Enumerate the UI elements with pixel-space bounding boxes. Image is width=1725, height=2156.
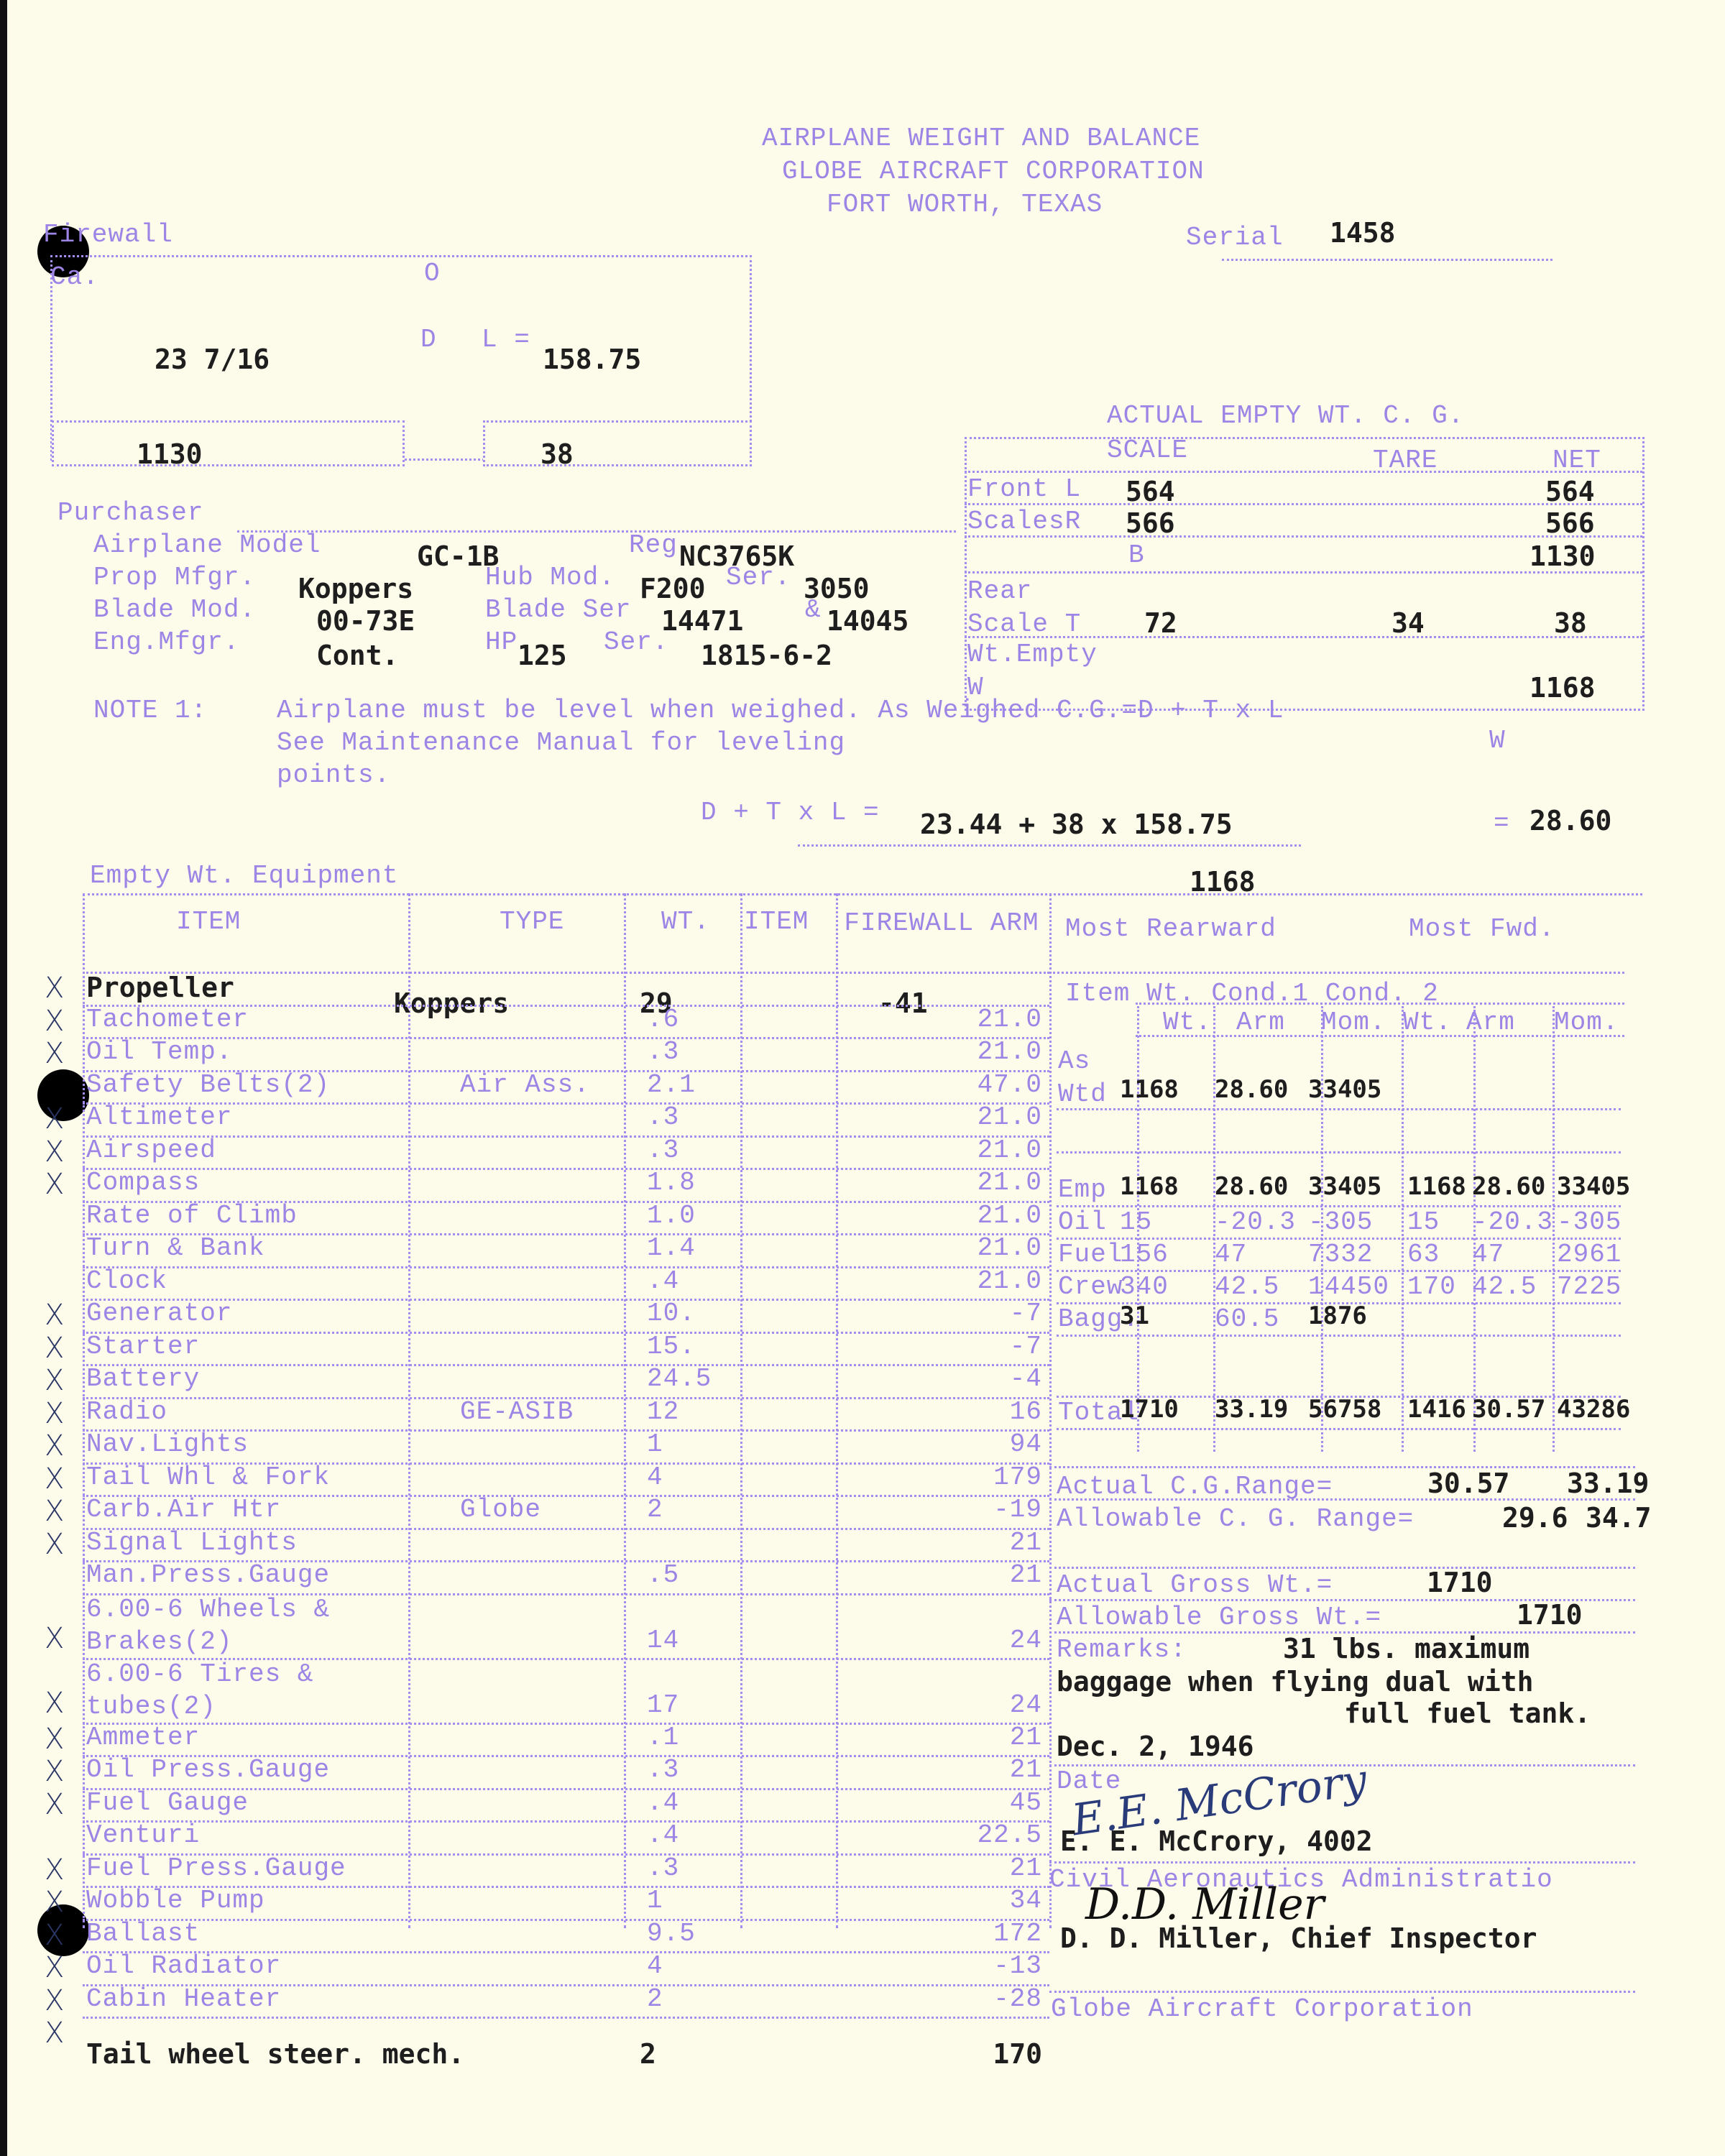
equipment-firewall-arm: -19	[970, 1495, 1042, 1524]
loading-cell-c1-arm: 28.60	[1215, 1075, 1288, 1104]
equipment-item: Clock	[86, 1266, 167, 1296]
loading-cell-c1-arm: -20.3	[1215, 1207, 1296, 1237]
loading-row-label: Fuel	[1058, 1240, 1123, 1269]
equipment-weight: 9.5	[647, 1919, 696, 1948]
note-w-label: W	[1489, 726, 1506, 755]
loading-cell-c2-arm: 47	[1472, 1240, 1504, 1269]
equipment-firewall-arm: 21	[970, 1755, 1042, 1784]
equipment-firewall-arm: 21.0	[970, 1005, 1042, 1034]
item2-header: ITEM	[744, 907, 809, 936]
firewall-arm-header: FIREWALL ARM	[841, 907, 1042, 940]
loading-cell-c2-wt: 170	[1407, 1272, 1456, 1302]
check-mark-icon: X	[45, 1462, 64, 1496]
hp-label: HP	[485, 627, 517, 657]
equipment-weight: 2	[647, 1495, 663, 1524]
equipment-item: 6.00-6 Tires & tubes(2)	[86, 1658, 402, 1723]
equipment-type: Koppers	[394, 987, 509, 1019]
equipment-firewall-arm: -13	[970, 1951, 1042, 1981]
loading-cell-c1-wt: 1710	[1120, 1395, 1179, 1424]
formula-expression: 23.44 + 38 x 158.75	[920, 808, 1233, 840]
loading-cell-c1-arm: 33.19	[1215, 1395, 1288, 1424]
equipment-weight: 10.	[647, 1299, 696, 1328]
loading-cell-c2-arm: 30.57	[1472, 1395, 1545, 1424]
loading-column-header: Mom.	[1554, 1008, 1619, 1037]
equipment-weight: 4	[647, 1462, 663, 1492]
equipment-weight: .3	[647, 1853, 679, 1883]
remarks-line-3: full fuel tank.	[1344, 1697, 1591, 1729]
eng-ser-label: Ser.	[604, 627, 668, 657]
scales-r-net: 566	[1545, 507, 1595, 539]
blade-ser-ampersand: &	[805, 595, 822, 625]
loading-cell-c1-arm: 42.5	[1215, 1272, 1279, 1302]
check-mark-icon: X	[45, 1723, 64, 1756]
equipment-item: Venturi	[86, 1820, 200, 1850]
equipment-type: Globe	[460, 1495, 541, 1524]
allowable-cg-range-min: 29.6	[1502, 1502, 1568, 1534]
equipment-weight: 1	[647, 1886, 663, 1915]
formula-result: 28.60	[1529, 805, 1611, 837]
equipment-firewall-arm: -7	[970, 1332, 1042, 1361]
serial-value: 1458	[1330, 217, 1396, 249]
allowable-cg-range-label: Allowable C. G. Range=	[1057, 1504, 1414, 1534]
equipment-firewall-arm: 94	[970, 1429, 1042, 1459]
loading-row-label: Crew	[1058, 1272, 1123, 1302]
loading-column-header: Arm	[1236, 1008, 1285, 1037]
equipment-item: Altimeter	[86, 1102, 232, 1132]
loading-cell-c1-mom: 7332	[1308, 1240, 1373, 1269]
loading-cell-c2-mom: 33405	[1557, 1172, 1630, 1201]
b-label: B	[1128, 540, 1145, 570]
title-line-1: AIRPLANE WEIGHT AND BALANCE	[762, 124, 1200, 153]
equipment-weight: 14	[647, 1626, 679, 1655]
equipment-firewall-arm: 45	[970, 1788, 1042, 1818]
rear-scale-net: 38	[1554, 607, 1587, 639]
equipment-firewall-arm: 21.0	[970, 1168, 1042, 1197]
loading-cell-c2-mom: 43286	[1557, 1395, 1630, 1424]
title-line-2: GLOBE AIRCRAFT CORPORATION	[782, 157, 1205, 186]
equipment-firewall-arm: 22.5	[970, 1820, 1042, 1850]
equipment-weight: .3	[647, 1037, 679, 1067]
loading-cell-c1-mom: 56758	[1308, 1395, 1381, 1424]
check-mark-icon: X	[45, 1495, 64, 1528]
equipment-weight: .3	[647, 1102, 679, 1132]
d-value: 23 7/16	[155, 344, 270, 375]
loading-cell-c1-wt: 1168	[1120, 1075, 1179, 1104]
equipment-firewall-arm: -28	[970, 1984, 1042, 2014]
formula-label: D + T x L =	[701, 798, 880, 827]
equipment-weight: 1.8	[647, 1168, 696, 1197]
rear-scale-scale: 72	[1144, 607, 1177, 639]
equipment-weight: .4	[647, 1266, 679, 1296]
purchaser-label: Purchaser	[57, 498, 203, 528]
equipment-item: Starter	[86, 1332, 200, 1361]
equipment-firewall-arm: 21.0	[970, 1266, 1042, 1296]
equipment-firewall-arm: 170	[970, 2038, 1042, 2070]
equipment-firewall-arm: -4	[970, 1364, 1042, 1393]
equipment-item: Propeller	[86, 972, 234, 1003]
equipment-firewall-arm: 21.0	[970, 1233, 1042, 1263]
allowable-cg-range-max: 34.7	[1586, 1502, 1652, 1534]
loading-cell-c1-mom: 1876	[1308, 1302, 1367, 1330]
scales-r-scale: 566	[1126, 507, 1175, 539]
wt-empty-net: 1168	[1529, 672, 1596, 704]
loading-cell-c1-mom: -305	[1308, 1207, 1373, 1237]
rear-scale-tare: 34	[1391, 607, 1425, 639]
equipment-weight: 4	[647, 1951, 663, 1981]
loading-cell-c2-wt: 15	[1407, 1207, 1440, 1237]
actual-cg-range-label: Actual C.G.Range=	[1057, 1472, 1333, 1501]
l-label: L =	[482, 325, 530, 354]
equipment-weight: 15.	[647, 1332, 696, 1361]
airplane-model-label: Airplane Model	[93, 530, 321, 560]
hub-ser-label: Ser.	[726, 563, 791, 592]
equipment-firewall-arm: 179	[970, 1462, 1042, 1492]
b-net: 1130	[1529, 540, 1596, 572]
serial-label: Serial	[1186, 223, 1284, 252]
blade-mod-value: 00-73E	[316, 605, 415, 637]
check-mark-icon: X	[45, 1364, 64, 1397]
check-mark-icon: X	[45, 1788, 64, 1821]
most-fwd-header: Most Fwd.	[1409, 914, 1555, 944]
title-line-3: FORT WORTH, TEXAS	[827, 190, 1103, 219]
wt-empty-label: Wt.Empty W	[967, 638, 1111, 704]
equipment-item: Fuel Press.Gauge	[86, 1853, 346, 1883]
equipment-weight: .3	[647, 1135, 679, 1165]
equipment-firewall-arm: 21	[970, 1853, 1042, 1883]
reg-label: Reg	[629, 530, 678, 560]
equipment-item: Ammeter	[86, 1723, 200, 1752]
actual-cg-range-max: 33.19	[1567, 1468, 1649, 1499]
equipment-item: Tail Whl & Fork	[86, 1462, 330, 1492]
loading-column-header: Wt.	[1163, 1008, 1212, 1037]
equipment-firewall-arm: 21.0	[970, 1037, 1042, 1067]
equipment-firewall-arm: 21.0	[970, 1102, 1042, 1132]
equipment-weight: .6	[647, 1005, 679, 1034]
equipment-item: Cabin Heater	[86, 1984, 281, 2014]
loading-cell-c1-wt: 31	[1120, 1302, 1149, 1330]
actual-cg-range-min: 30.57	[1427, 1468, 1509, 1499]
equipment-firewall-arm: -41	[878, 987, 928, 1019]
equipment-item: Turn & Bank	[86, 1233, 265, 1263]
loading-cell-c1-arm: 47	[1215, 1240, 1247, 1269]
item-header: ITEM	[176, 907, 241, 936]
check-mark-icon: X	[45, 1755, 64, 1788]
eng-ser-value: 1815-6-2	[701, 640, 832, 671]
check-mark-icon: X	[45, 1429, 64, 1462]
signer-1-name: E. E. McCrory, 4002	[1060, 1825, 1373, 1857]
equipment-firewall-arm: -7	[970, 1299, 1042, 1328]
scan-edge	[0, 0, 7, 2156]
agency-globe: Globe Aircraft Corporation	[1051, 1994, 1473, 2024]
equipment-item: Safety Belts(2)	[86, 1070, 330, 1100]
loading-cell-c2-wt: 63	[1407, 1240, 1440, 1269]
hp-value: 125	[517, 640, 567, 671]
equipment-weight: .4	[647, 1820, 679, 1850]
loading-cell-c2-arm: -20.3	[1472, 1207, 1553, 1237]
check-mark-icon: X	[45, 1102, 64, 1135]
equipment-item: Fuel Gauge	[86, 1788, 249, 1818]
equipment-weight: .1	[647, 1723, 679, 1752]
equipment-item: Tail wheel steer. mech.	[86, 2038, 464, 2070]
equipment-item: Oil Radiator	[86, 1951, 281, 1981]
equipment-item: Man.Press.Gauge	[86, 1560, 330, 1590]
wt-header: WT.	[661, 907, 710, 936]
equipment-type: Air Ass.	[460, 1070, 590, 1100]
prop-mfgr-value: Koppers	[298, 573, 413, 604]
equipment-item: Radio	[86, 1397, 167, 1427]
equipment-item: Tachometer	[86, 1005, 249, 1034]
signer-2-name: D. D. Miller, Chief Inspector	[1060, 1922, 1537, 1954]
equipment-weight: 1	[647, 1429, 663, 1459]
rear-scale-label: Rear Scale T	[967, 575, 1111, 641]
loading-cell-c2-mom: -305	[1557, 1207, 1621, 1237]
equipment-item: Wobble Pump	[86, 1886, 265, 1915]
equipment-firewall-arm: 24	[970, 1626, 1042, 1655]
loading-row-label: As Wtd	[1058, 1045, 1130, 1111]
equipment-item: Rate of Climb	[86, 1201, 298, 1230]
check-mark-icon: X	[45, 1135, 64, 1169]
equipment-firewall-arm: 21.0	[970, 1135, 1042, 1165]
allowable-gross-label: Allowable Gross Wt.=	[1057, 1603, 1381, 1632]
check-mark-icon: X	[45, 1005, 64, 1038]
equipment-item: Carb.Air Htr	[86, 1495, 281, 1524]
note-line-1: Airplane must be level when weighed. As …	[277, 696, 1284, 725]
equipment-type: GE-ASIB	[460, 1397, 574, 1427]
equipment-firewall-arm: 21	[970, 1723, 1042, 1752]
equipment-weight: .4	[647, 1788, 679, 1818]
check-mark-icon: X	[45, 1687, 64, 1720]
empty-cg-title: ACTUAL EMPTY WT. C. G.	[1107, 401, 1464, 430]
loading-cell-c2-arm: 28.60	[1472, 1172, 1545, 1201]
t-value: 38	[540, 438, 574, 470]
remarks-line-1: 31 lbs. maximum	[1283, 1633, 1529, 1664]
equipment-firewall-arm: 21	[970, 1528, 1042, 1557]
equipment-title: Empty Wt. Equipment	[90, 861, 398, 890]
loading-cell-c2-wt: 1416	[1407, 1395, 1466, 1424]
loading-cell-c1-wt: 156	[1120, 1240, 1169, 1269]
equipment-weight: 1.4	[647, 1233, 696, 1263]
check-mark-icon: X	[45, 1299, 64, 1332]
date-value: Dec. 2, 1946	[1057, 1731, 1254, 1762]
equipment-firewall-arm: 21	[970, 1560, 1042, 1590]
actual-gross-value: 1710	[1427, 1567, 1493, 1598]
check-mark-icon: X	[45, 1984, 64, 2017]
type-header: TYPE	[500, 907, 564, 936]
loading-cell-c2-mom: 7225	[1557, 1272, 1621, 1302]
scale-header: SCALE	[1107, 436, 1188, 465]
loading-column-header: Mom.	[1321, 1008, 1386, 1037]
loading-cell-c2-arm: 42.5	[1472, 1272, 1537, 1302]
l-value: 158.75	[543, 344, 641, 375]
equipment-item: Battery	[86, 1364, 200, 1393]
remarks-label: Remarks:	[1057, 1635, 1187, 1664]
equipment-firewall-arm: 47.0	[970, 1070, 1042, 1100]
equipment-firewall-arm: 16	[970, 1397, 1042, 1427]
front-l-label: Front L	[967, 474, 1081, 504]
eng-mfgr-label: Eng.Mfgr.	[93, 627, 239, 657]
note-line-3: points.	[277, 760, 390, 790]
equipment-firewall-arm: 172	[970, 1919, 1042, 1948]
equipment-item: Airspeed	[86, 1135, 216, 1165]
check-mark-icon: X	[45, 2017, 64, 2050]
check-mark-icon: X	[45, 1622, 64, 1655]
allowable-gross-value: 1710	[1517, 1599, 1583, 1631]
loading-cell-c2-wt: 1168	[1407, 1172, 1466, 1201]
note-label: NOTE 1:	[93, 696, 207, 725]
equipment-weight: 2.1	[647, 1070, 696, 1100]
check-mark-icon: X	[45, 1919, 64, 1952]
check-mark-icon: X	[45, 1037, 64, 1070]
check-mark-icon: X	[45, 972, 64, 1005]
loading-cell-c1-wt: 15	[1120, 1207, 1152, 1237]
prop-mfgr-label: Prop Mfgr.	[93, 563, 256, 592]
check-mark-icon: X	[45, 1886, 64, 1919]
blade-ser-1-value: 14471	[661, 605, 743, 637]
eng-mfgr-value: Cont.	[316, 640, 398, 671]
equipment-weight: 2	[640, 2038, 656, 2070]
loading-cell-c1-mom: 33405	[1308, 1172, 1381, 1201]
equipment-item: Signal Lights	[86, 1528, 298, 1557]
equipment-weight: 24.5	[647, 1364, 712, 1393]
origin-label: O	[424, 259, 441, 288]
equipment-firewall-arm: 24	[970, 1690, 1042, 1720]
loading-cell-c1-arm: 28.60	[1215, 1172, 1288, 1201]
remarks-line-2: baggage when flying dual with	[1057, 1666, 1533, 1697]
hub-mod-label: Hub Mod.	[485, 563, 615, 592]
d-label: D	[420, 325, 437, 354]
equipment-item: Oil Temp.	[86, 1037, 232, 1067]
loading-column-header: Wt.	[1403, 1008, 1452, 1037]
formula-equals: =	[1494, 808, 1510, 838]
loading-row-label: Oil	[1058, 1207, 1107, 1237]
actual-gross-label: Actual Gross Wt.=	[1057, 1570, 1333, 1600]
equipment-weight: 1.0	[647, 1201, 696, 1230]
equipment-item: Nav.Lights	[86, 1429, 249, 1459]
equipment-weight: .3	[647, 1755, 679, 1784]
loading-row-label: Emp	[1058, 1175, 1107, 1204]
loading-cell-c1-mom: 33405	[1308, 1075, 1381, 1104]
equipment-firewall-arm: 34	[970, 1886, 1042, 1915]
blade-ser-2-value: 14045	[827, 605, 908, 637]
ca-label: Ca.	[50, 262, 99, 292]
check-mark-icon: X	[45, 1397, 64, 1430]
check-mark-icon: X	[45, 1168, 64, 1201]
note-line-2: See Maintenance Manual for leveling	[277, 728, 845, 757]
equipment-item: Oil Press.Gauge	[86, 1755, 330, 1784]
loading-cell-c1-wt: 340	[1120, 1272, 1169, 1302]
equipment-weight: .5	[647, 1560, 679, 1590]
blade-ser-label: Blade Ser	[485, 595, 631, 625]
equipment-item: 6.00-6 Wheels & Brakes(2)	[86, 1593, 402, 1658]
check-mark-icon: X	[45, 1853, 64, 1886]
equipment-item: Compass	[86, 1168, 200, 1197]
equipment-firewall-arm: 21.0	[970, 1201, 1042, 1230]
equipment-weight: 2	[647, 1984, 663, 2014]
loading-cell-c1-arm: 60.5	[1215, 1304, 1279, 1334]
most-rearward-header: Most Rearward	[1065, 914, 1276, 944]
loading-cell-c2-mom: 2961	[1557, 1240, 1621, 1269]
loading-cell-c1-mom: 14450	[1308, 1272, 1389, 1302]
equipment-item: Generator	[86, 1299, 232, 1328]
scales-r-label: ScalesR	[967, 507, 1081, 536]
equipment-item: Ballast	[86, 1919, 200, 1948]
equipment-weight: 12	[647, 1397, 679, 1427]
blade-mod-label: Blade Mod.	[93, 595, 256, 625]
equipment-weight: 17	[647, 1690, 679, 1720]
loading-cell-c1-wt: 1168	[1120, 1172, 1179, 1201]
check-mark-icon: X	[45, 1528, 64, 1561]
firewall-label: Firewall	[43, 220, 173, 249]
b-value: 1130	[137, 438, 203, 470]
check-mark-icon: X	[45, 1332, 64, 1365]
check-mark-icon: X	[45, 1951, 64, 1984]
hub-mod-value: F200	[640, 573, 706, 604]
